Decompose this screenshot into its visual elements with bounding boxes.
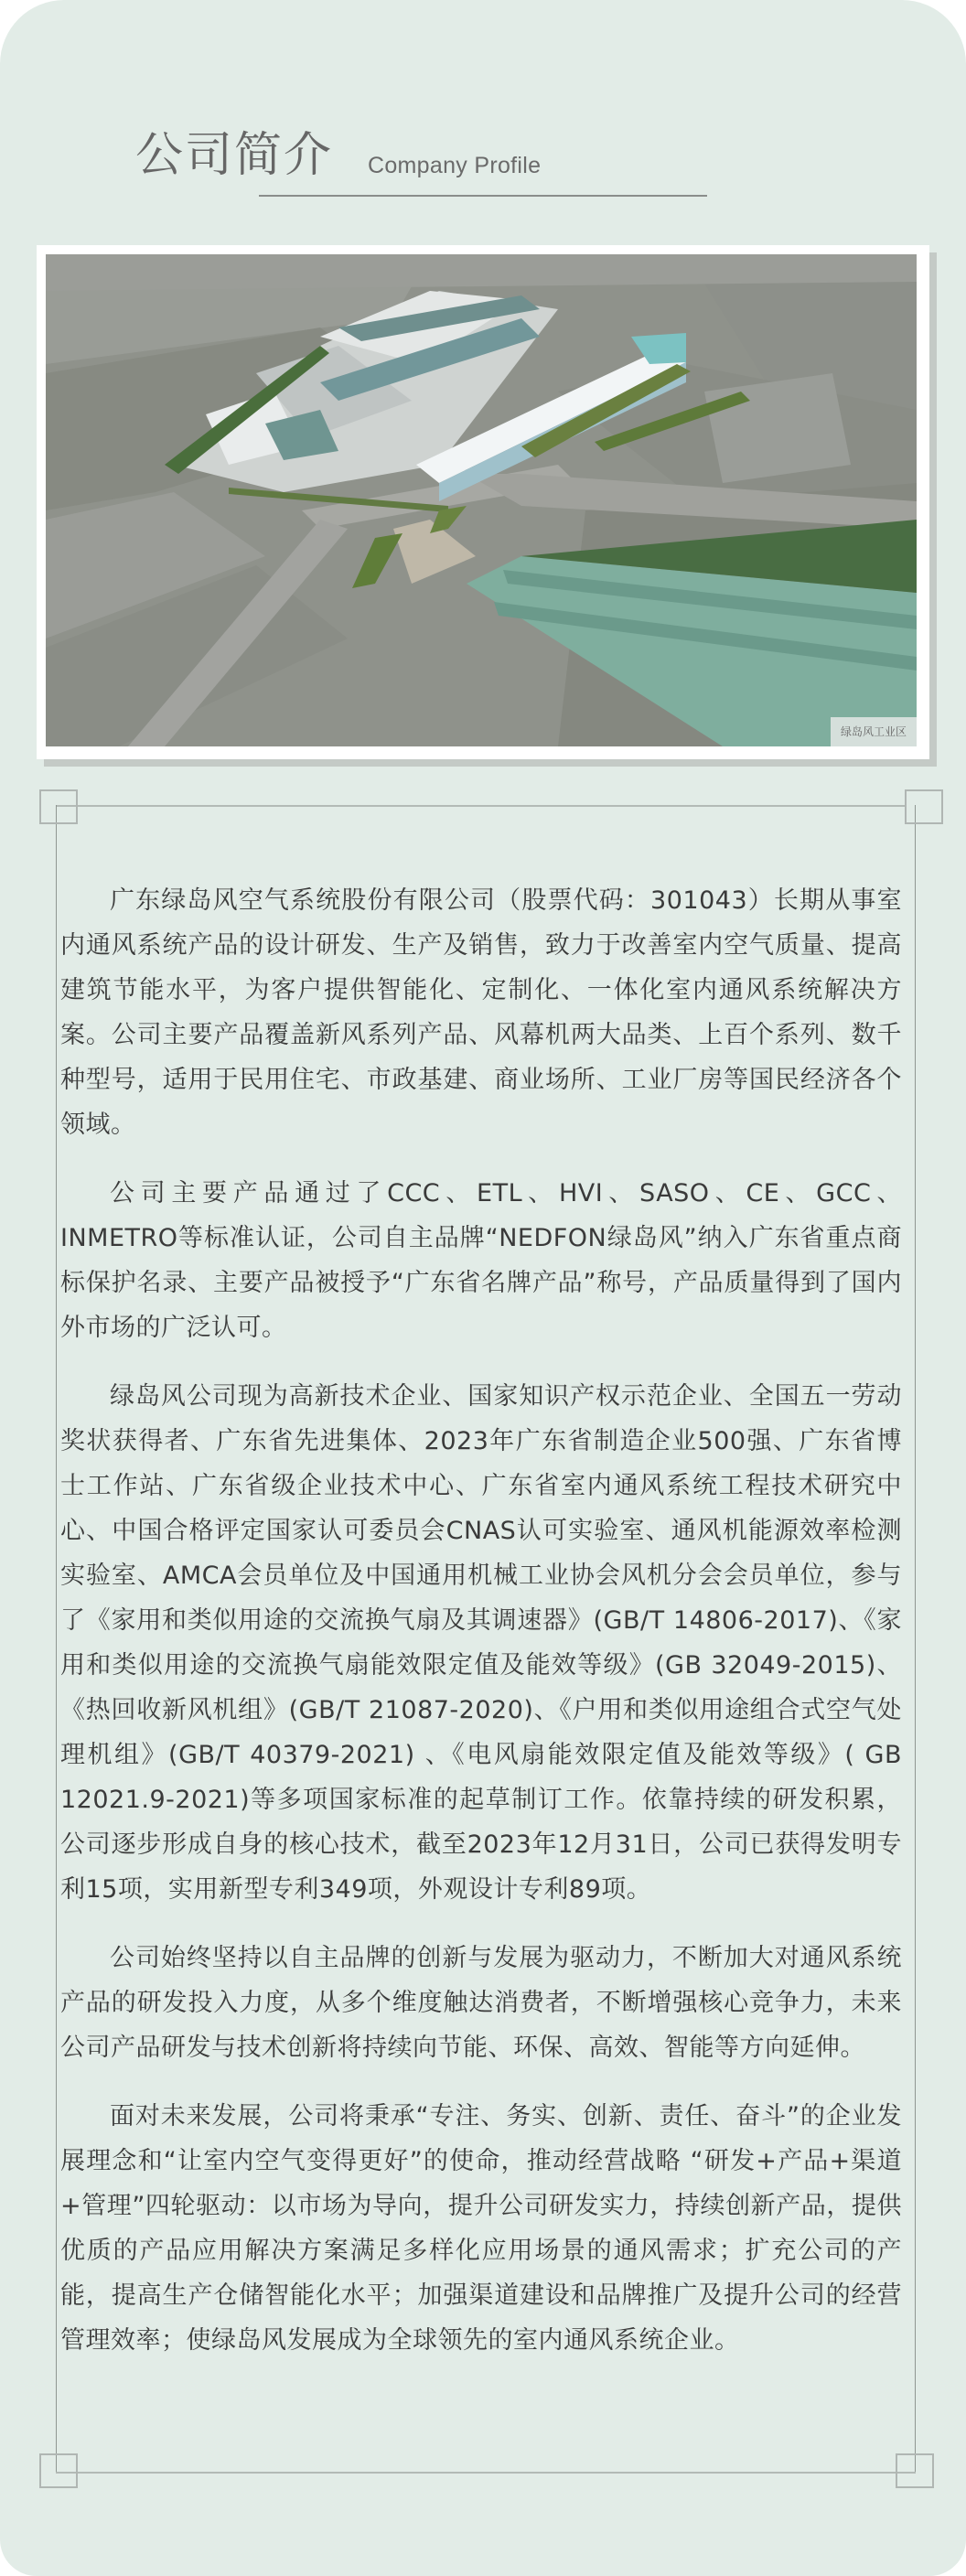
frame-left-line [56,805,57,2473]
paragraph-innovation: 公司始终坚持以自主品牌的创新与发展为驱动力，不断加大对通风系统产品的研发投入力度… [60,1936,902,2070]
corner-ornament-top-left [39,789,78,824]
section-header: 公司简介 Company Profile [128,128,837,198]
paragraph-overview: 广东绿岛风空气系统股份有限公司（股票代码：301043）长期从事室内通风系统产品… [60,878,902,1147]
page-subtitle: Company Profile [368,152,541,179]
paragraph-honors-standards: 绿岛风公司现为高新技术企业、国家知识产权示范企业、全国五一劳动奖状获得者、广东省… [60,1374,902,1912]
paragraph-future-strategy: 面对未来发展，公司将秉承“专注、务实、创新、责任、奋斗”的企业发展理念和“让室内… [60,2094,902,2363]
corner-ornament-bottom-right [896,2453,934,2488]
photo-caption: 绿岛风工业区 [831,717,917,746]
frame-bottom-line [56,2472,916,2474]
aerial-photo-illustration [46,254,917,746]
frame-right-line [915,805,916,2473]
paragraph-certifications: 公司主要产品通过了CCC、ETL、HVI、SASO、CE、GCC、INMETRO… [60,1171,902,1350]
profile-body: 广东绿岛风空气系统股份有限公司（股票代码：301043）长期从事室内通风系统产品… [60,878,902,2387]
photo-frame: 绿岛风工业区 [37,245,929,759]
title-underline [259,195,707,197]
corner-ornament-top-right [905,789,943,824]
industrial-park-photo: 绿岛风工业区 [46,254,917,746]
frame-top-line [56,805,907,807]
page-title: 公司简介 [135,128,333,183]
company-profile-page: 公司简介 Company Profile [0,0,966,2576]
corner-ornament-bottom-left [39,2453,78,2488]
